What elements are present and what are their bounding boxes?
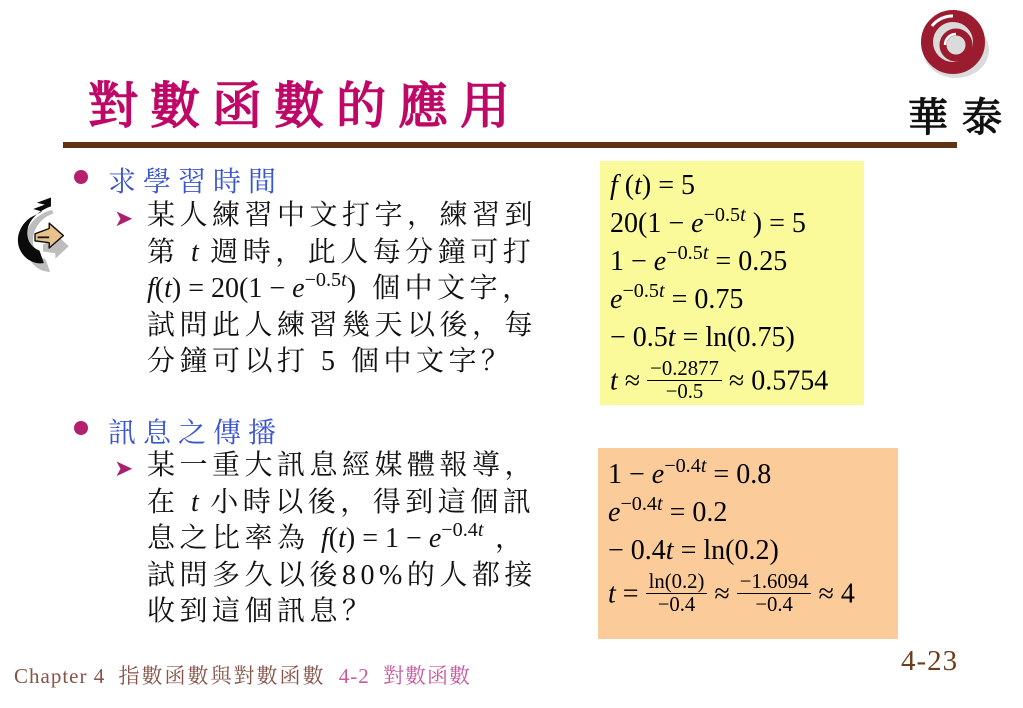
- equation: − 0.5t = ln(0.75): [610, 319, 864, 357]
- problem-text-learning-time: 某人練習中文打字，練習到第 t 週時，此人每分鐘可打f(t) = 20(1 − …: [147, 198, 587, 381]
- solution-box-learning-time: f (t) = 5 20(1 − e−0.5t ) = 5 1 − e−0.5t…: [600, 161, 864, 405]
- footer-book-title: 指數函數與對數函數: [118, 664, 325, 688]
- equation: e−0.5t = 0.75: [610, 281, 864, 319]
- problem-text-news-spread: 某一重大訊息經媒體報導，在 t 小時以後，得到這個訊息之比率為 f(t) = 1…: [147, 448, 587, 631]
- curved-arrow-icon: [12, 194, 74, 286]
- equation: 1 − e−0.5t = 0.25: [610, 243, 864, 281]
- footer-chapter: Chapter 4: [14, 664, 105, 688]
- equation: t = ln(0.2)−0.4 ≈ −1.6094−0.4 ≈ 4: [608, 573, 898, 619]
- page-number: 4-23: [901, 645, 958, 678]
- publisher-logo: 華泰: [898, 6, 1010, 143]
- logo-rings-icon: [906, 6, 1002, 84]
- equation: f (t) = 5: [610, 167, 864, 205]
- page-title: 對數函數的應用: [88, 66, 522, 138]
- bullet-label-news-spread: 訊息之傳播: [108, 411, 283, 451]
- equation: t ≈ −0.2877−0.5 ≈ 0.5754: [610, 360, 864, 406]
- bullet-dot: [74, 170, 88, 184]
- logo-text: 華泰: [908, 86, 1010, 143]
- equation: 20(1 − e−0.5t ) = 5: [610, 205, 864, 243]
- bullet-dot: [74, 421, 88, 435]
- sub-bullet-arrow-icon: ➤: [114, 456, 133, 482]
- title-underline: [63, 142, 957, 148]
- footer: Chapter 4 指數函數與對數函數 4-2 對數函數: [14, 660, 479, 690]
- footer-section-title: 對數函數: [383, 664, 471, 688]
- solution-box-news-spread: 1 − e−0.4t = 0.8 e−0.4t = 0.2 − 0.4t = l…: [598, 448, 898, 639]
- equation: 1 − e−0.4t = 0.8: [608, 456, 898, 494]
- equation: − 0.4t = ln(0.2): [608, 532, 898, 570]
- bullet-label-learning-time: 求學習時間: [108, 160, 283, 200]
- sub-bullet-arrow-icon: ➤: [114, 206, 133, 232]
- equation: e−0.4t = 0.2: [608, 494, 898, 532]
- footer-section: 4-2: [339, 664, 370, 688]
- slide: 對數函數的應用 華泰 求學習時間 ➤ 某人練習中文打字，練習到第 t 週時，此人…: [0, 0, 1023, 708]
